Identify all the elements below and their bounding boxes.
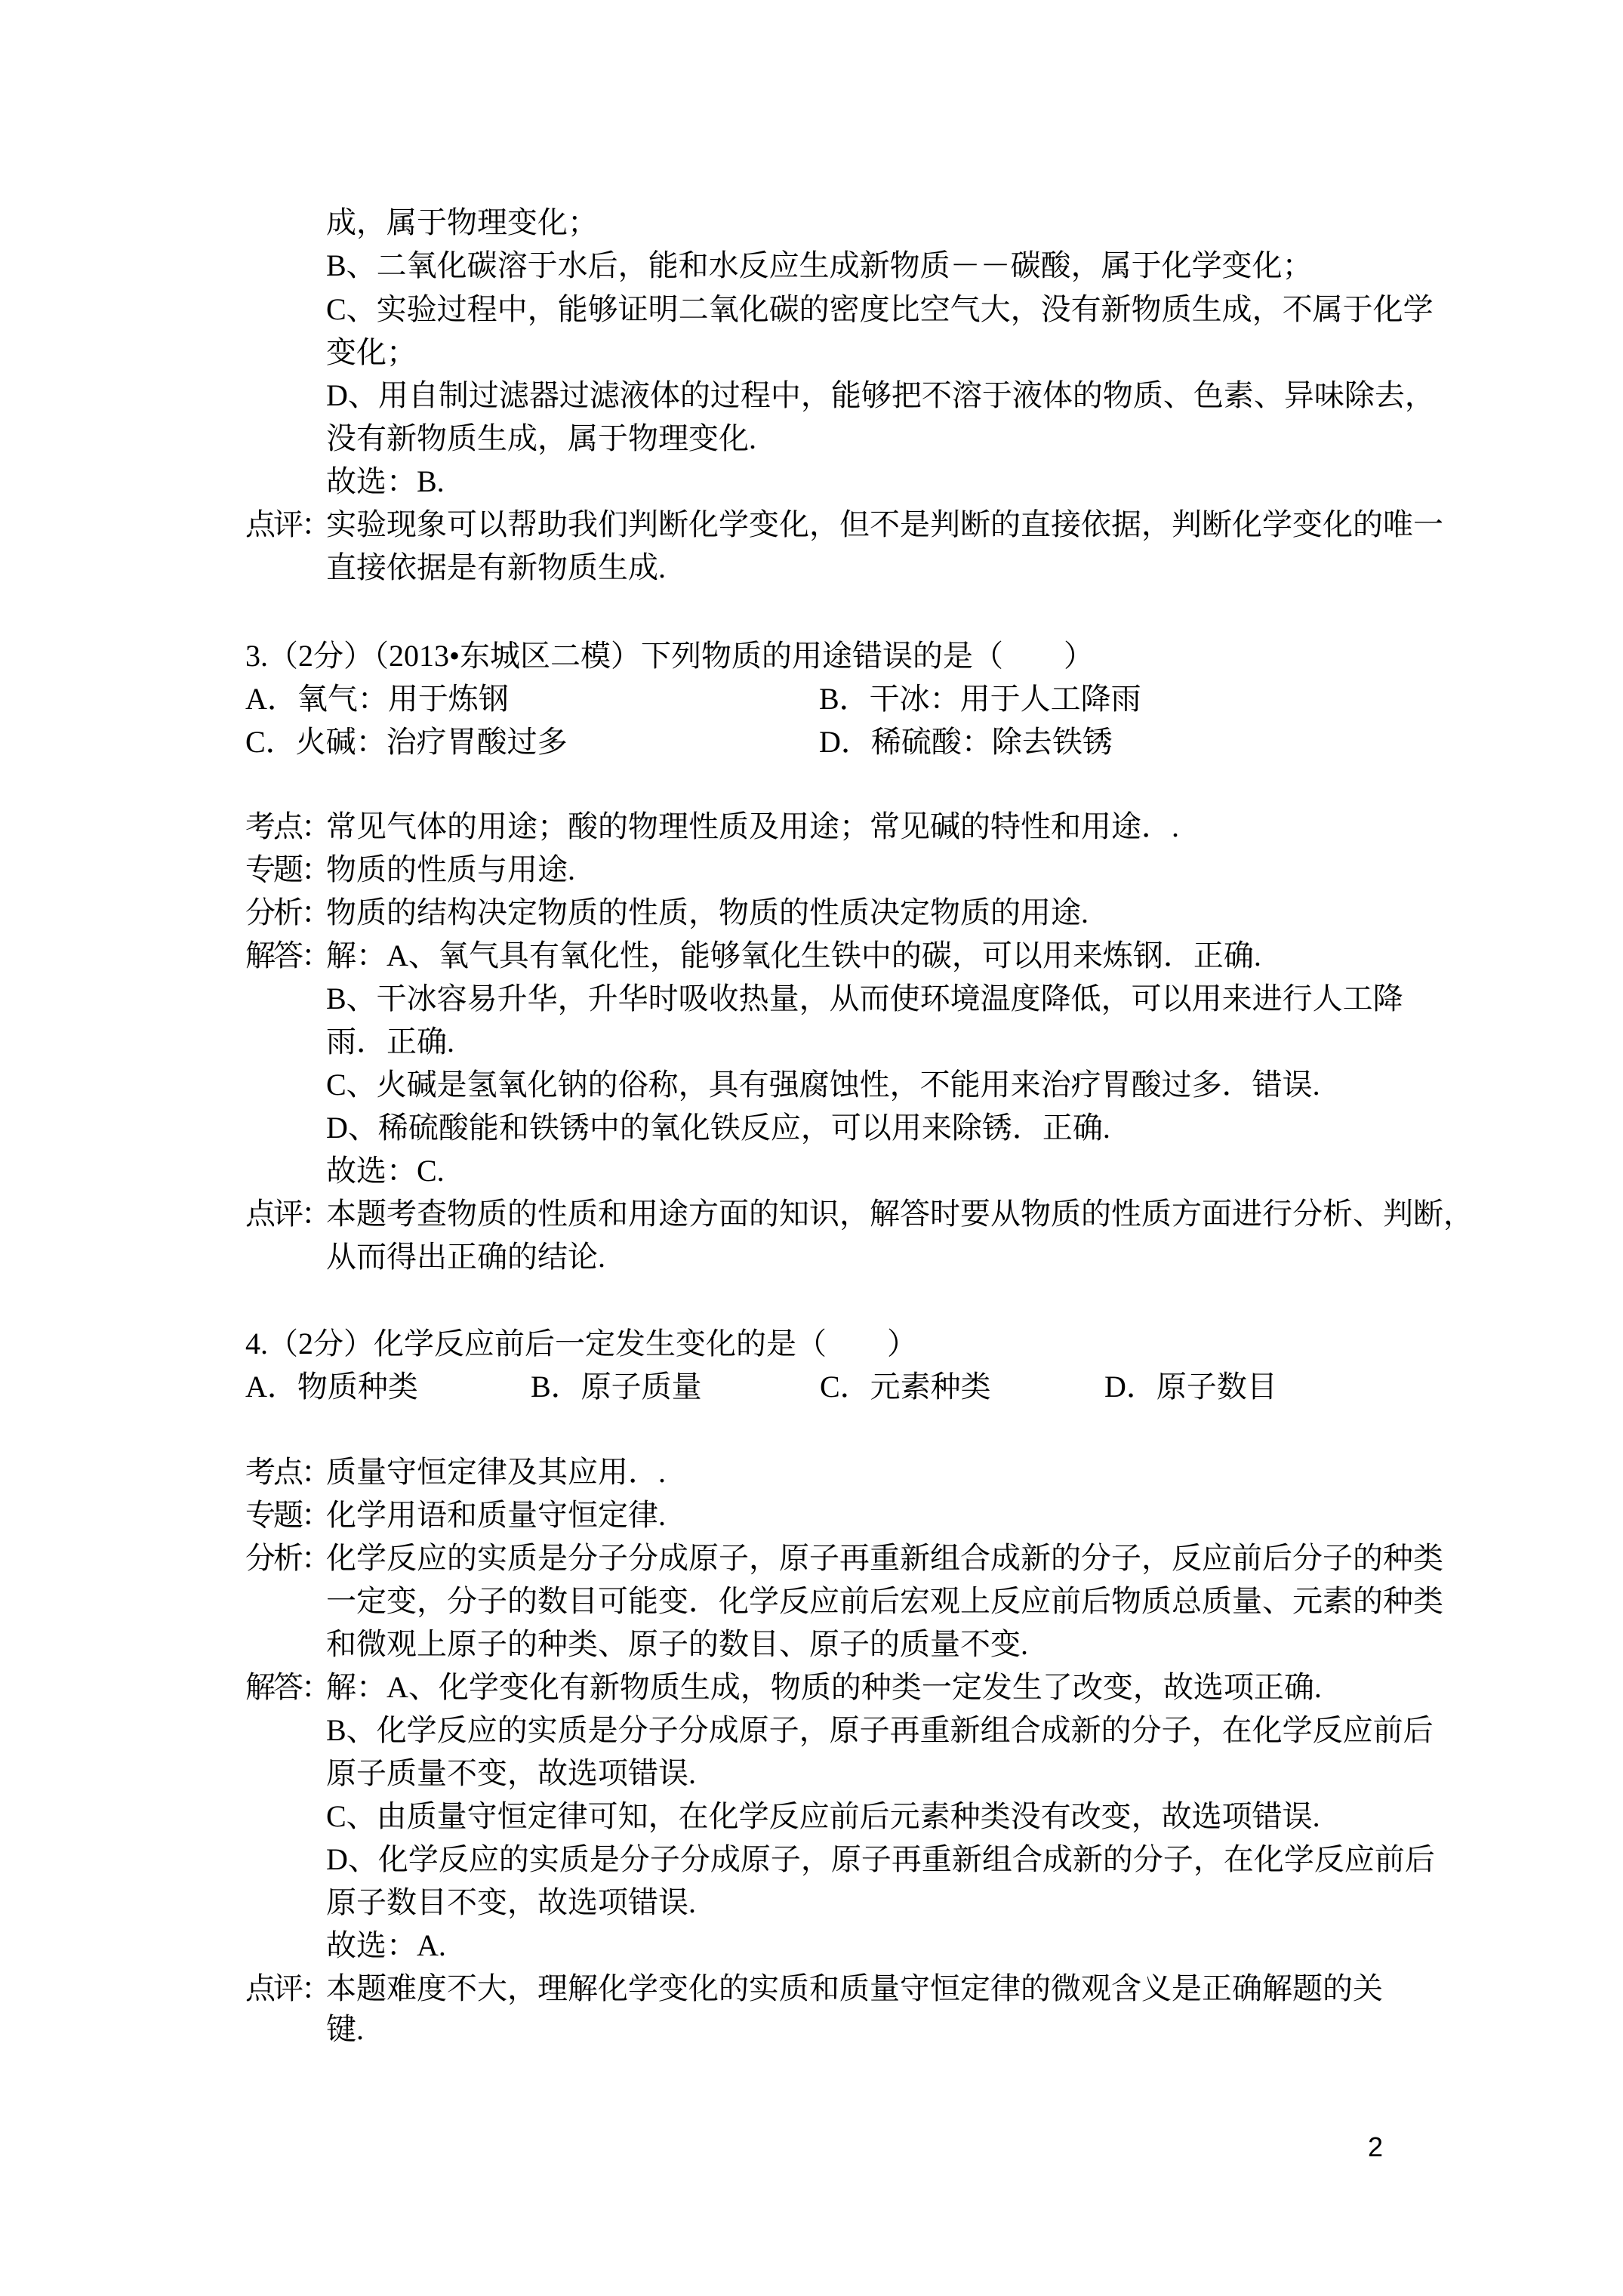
q4-solution-label: 解答： bbox=[245, 1669, 329, 1706]
q2-answer-line: 没有新物质生成，属于物理变化. bbox=[326, 421, 756, 457]
q4-topic-label: 专题： bbox=[245, 1497, 329, 1533]
q4-title: 4.（2分）化学反应前后一定发生变化的是（ ） bbox=[245, 1326, 917, 1362]
q3-comment-line: 本题考查物质的性质和用途方面的知识，解答时要从物质的性质方面进行分析、判断， bbox=[326, 1196, 1474, 1232]
q2-comment-label: 点评： bbox=[245, 507, 329, 543]
q4-exam-point-label: 考点： bbox=[245, 1454, 329, 1490]
q3-analysis-text: 物质的结构决定物质的性质，物质的性质决定物质的用途. bbox=[326, 895, 1089, 931]
q3-solution-line: 解：A、氧气具有氧化性，能够氧化生铁中的碳，可以用来炼钢．正确. bbox=[326, 938, 1261, 974]
q3-exam-point-text: 常见气体的用途；酸的物理性质及用途；常见碱的特性和用途．. bbox=[326, 809, 1179, 845]
q4-option-d: D．原子数目 bbox=[1104, 1369, 1277, 1405]
q2-comment-line: 实验现象可以帮助我们判断化学变化，但不是判断的直接依据，判断化学变化的唯一 bbox=[326, 507, 1443, 543]
q3-analysis-label: 分析： bbox=[245, 895, 329, 931]
q4-comment-label: 点评： bbox=[245, 1971, 329, 2007]
q2-answer-line: 变化； bbox=[326, 334, 417, 371]
page-number: 2 bbox=[1368, 2132, 1383, 2162]
q4-solution-line: D、化学反应的实质是分子分成原子，原子再重新组合成新的分子，在化学反应前后 bbox=[326, 1841, 1435, 1878]
q2-comment-line: 直接依据是有新物质生成. bbox=[326, 550, 666, 586]
q3-solution-line: 雨．正确. bbox=[326, 1024, 454, 1060]
q3-exam-point-label: 考点： bbox=[245, 809, 329, 845]
q3-solution-line: B、干冰容易升华，升华时吸收热量，从而使环境温度降低，可以用来进行人工降 bbox=[326, 981, 1403, 1017]
q4-analysis-line: 和微观上原子的种类、原子的数目、原子的质量不变. bbox=[326, 1626, 1028, 1663]
q4-option-b: B．原子质量 bbox=[531, 1369, 702, 1405]
q4-option-a: A．物质种类 bbox=[245, 1369, 418, 1405]
q3-topic-label: 专题： bbox=[245, 852, 329, 888]
q3-solution-line: C、火碱是氢氧化钠的俗称，具有强腐蚀性，不能用来治疗胃酸过多．错误. bbox=[326, 1067, 1320, 1103]
q2-answer-line: B、二氧化碳溶于水后，能和水反应生成新物质－－碳酸，属于化学变化； bbox=[326, 248, 1313, 284]
q3-option-a: A．氧气：用于炼钢 bbox=[245, 681, 509, 717]
q3-title: 3.（2分）（2013•东城区二模）下列物质的用途错误的是（ ） bbox=[245, 638, 1094, 674]
q3-solution-line: D、稀硫酸能和铁锈中的氧化铁反应，可以用来除锈．正确. bbox=[326, 1110, 1110, 1146]
q4-solution-line: B、化学反应的实质是分子分成原子，原子再重新组合成新的分子，在化学反应前后 bbox=[326, 1712, 1434, 1749]
q4-comment-line: 本题难度不大，理解化学变化的实质和质量守恒定律的微观含义是正确解题的关 bbox=[326, 1971, 1383, 2007]
q3-option-b: B．干冰：用于人工降雨 bbox=[819, 681, 1141, 717]
q4-topic-text: 化学用语和质量守恒定律. bbox=[326, 1497, 666, 1533]
q4-solution-line: 原子质量不变，故选项错误. bbox=[326, 1755, 696, 1792]
q4-comment-line: 键. bbox=[326, 2011, 364, 2048]
q3-topic-text: 物质的性质与用途. bbox=[326, 852, 575, 888]
q4-solution-line: C、由质量守恒定律可知，在化学反应前后元素种类没有改变，故选项错误. bbox=[326, 1798, 1320, 1835]
q3-option-c: C．火碱：治疗胃酸过多 bbox=[245, 724, 568, 760]
document-page: 成，属于物理变化； B、二氧化碳溶于水后，能和水反应生成新物质－－碳酸，属于化学… bbox=[0, 0, 1623, 2296]
q3-solution-label: 解答： bbox=[245, 938, 329, 974]
q3-answer-choice: 故选：C. bbox=[326, 1153, 445, 1189]
q3-comment-label: 点评： bbox=[245, 1196, 329, 1232]
q2-answer-line: 成，属于物理变化； bbox=[326, 205, 598, 241]
q4-solution-line: 解：A、化学变化有新物质生成，物质的种类一定发生了改变，故选项正确. bbox=[326, 1669, 1322, 1706]
q2-answer-line: D、用自制过滤器过滤液体的过程中，能够把不溶于液体的物质、色素、异味除去， bbox=[326, 378, 1435, 414]
q4-solution-line: 原子数目不变，故选项错误. bbox=[326, 1885, 696, 1921]
q4-analysis-line: 一定变，分子的数目可能变．化学反应前后宏观上反应前后物质总质量、元素的种类 bbox=[326, 1583, 1443, 1620]
q4-analysis-label: 分析： bbox=[245, 1540, 329, 1576]
q2-answer-line: C、实验过程中，能够证明二氧化碳的密度比空气大，没有新物质生成，不属于化学 bbox=[326, 291, 1434, 328]
q4-analysis-line: 化学反应的实质是分子分成原子，原子再重新组合成新的分子，反应前后分子的种类 bbox=[326, 1540, 1443, 1576]
q3-comment-line: 从而得出正确的结论. bbox=[326, 1239, 605, 1275]
q4-option-c: C．元素种类 bbox=[820, 1369, 991, 1405]
q4-answer-choice: 故选：A. bbox=[326, 1928, 446, 1964]
q2-answer-choice: 故选：B. bbox=[326, 464, 445, 500]
q3-option-d: D．稀硫酸：除去铁锈 bbox=[819, 724, 1113, 760]
q4-exam-point-text: 质量守恒定律及其应用．. bbox=[326, 1454, 666, 1490]
